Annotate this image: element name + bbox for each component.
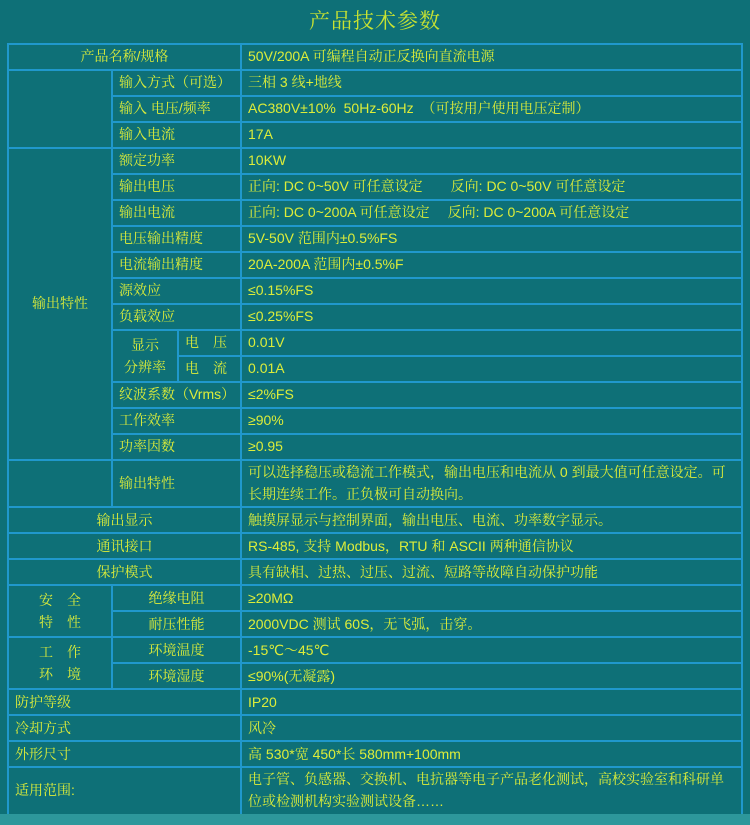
row-ripple: 纹波系数（Vrms） ≤2%FS [8,382,742,408]
row-power-factor: 功率因数 ≥0.95 [8,434,742,460]
cell-humidity-value: ≤90%(无凝露) [241,663,742,689]
cell-load-effect-label: 负载效应 [112,304,241,330]
cell-ip-rating-value: IP20 [241,689,742,715]
cell-insulation-label: 绝缘电阻 [112,585,241,611]
cell-source-effect-value: ≤0.15%FS [241,278,742,304]
row-voltage-accuracy: 电压输出精度 5V-50V 范围内±0.5%FS [8,226,742,252]
cell-resolution-voltage-label: 电 压 [178,330,241,356]
cell-output-display-label: 输出显示 [8,507,241,533]
cell-humidity-label: 环境湿度 [112,663,241,689]
row-output-display: 输出显示 触摸屏显示与控制界面，输出电压、电流、功率数字显示。 [8,507,742,533]
cell-temperature-value: -15℃～45℃ [241,637,742,663]
cell-output-display-value: 触摸屏显示与控制界面，输出电压、电流、功率数字显示。 [241,507,742,533]
workenv-group-line1: 工 作 [15,641,105,663]
cell-application-label: 适用范围: [8,767,241,814]
workenv-group-line2: 环 境 [15,663,105,685]
cell-output-character-group-empty [8,460,112,507]
cell-resolution-current-value: 0.01A [241,356,742,382]
bottom-strip [0,814,750,825]
row-comm-interface: 通讯接口 RS-485, 支持 Modbus，RTU 和 ASCII 两种通信协… [8,533,742,559]
row-ip-rating: 防护等级 IP20 [8,689,742,715]
cell-source-effect-label: 源效应 [112,278,241,304]
display-resolution-line1: 显示 [119,334,171,356]
row-temperature: 工 作 环 境 环境温度 -15℃～45℃ [8,637,742,663]
cell-rated-power-label: 额定功率 [112,148,241,174]
page: 产品技术参数 产品名称/规格 50V/200A 可编程自动正反换向直流电源 输入… [0,0,750,825]
cell-load-effect-value: ≤0.25%FS [241,304,742,330]
row-output-character: 输出特性 可以选择稳压或稳流工作模式，输出电压和电流从 0 到最大值可任意设定。… [8,460,742,507]
row-resolution-voltage: 显示 分辨率 电 压 0.01V [8,330,742,356]
row-product: 产品名称/规格 50V/200A 可编程自动正反换向直流电源 [8,44,742,70]
cell-input-current-value: 17A [241,122,742,148]
cell-product-label: 产品名称/规格 [8,44,241,70]
display-resolution-line2: 分辨率 [119,356,171,378]
cell-cooling-value: 风冷 [241,715,742,741]
cell-ip-rating-label: 防护等级 [8,689,241,715]
cell-current-accuracy-value: 20A-200A 范围内±0.5%F [241,252,742,278]
cell-output-voltage-value: 正向: DC 0~50V 可任意设定 反向: DC 0~50V 可任意设定 [241,174,742,200]
row-humidity: 环境湿度 ≤90%(无凝露) [8,663,742,689]
cell-ripple-value: ≤2%FS [241,382,742,408]
cell-dimensions-value: 高 530*宽 450*长 580mm+100mm [241,741,742,767]
page-title: 产品技术参数 [0,0,750,36]
cell-display-resolution-label: 显示 分辨率 [112,330,178,382]
row-source-effect: 源效应 ≤0.15%FS [8,278,742,304]
spec-table: 产品名称/规格 50V/200A 可编程自动正反换向直流电源 输入方式（可选） … [7,43,743,816]
row-dimensions: 外形尺寸 高 530*宽 450*长 580mm+100mm [8,741,742,767]
row-output-voltage: 输出电压 正向: DC 0~50V 可任意设定 反向: DC 0~50V 可任意… [8,174,742,200]
row-efficiency: 工作效率 ≥90% [8,408,742,434]
cell-product-value: 50V/200A 可编程自动正反换向直流电源 [241,44,742,70]
cell-output-character-label: 输出特性 [112,460,241,507]
cell-output-character-value: 可以选择稳压或稳流工作模式，输出电压和电流从 0 到最大值可任意设定。可长期连续… [241,460,742,507]
cell-comm-interface-label: 通讯接口 [8,533,241,559]
row-withstand: 耐压性能 2000VDC 测试 60S，无飞弧，击穿。 [8,611,742,637]
cell-input-current-label: 输入电流 [112,122,241,148]
cell-output-group-label: 输出特性 [8,148,112,460]
row-insulation: 安 全 特 性 绝缘电阻 ≥20MΩ [8,585,742,611]
cell-output-current-label: 输出电流 [112,200,241,226]
cell-input-voltage-value: AC380V±10% 50Hz-60Hz （可按用户使用电压定制） [241,96,742,122]
cell-input-voltage-label: 输入 电压/频率 [112,96,241,122]
row-application: 适用范围: 电子管、负感器、交换机、电抗器等电子产品老化测试，高校实验室和科研单… [8,767,742,814]
cell-application-value: 电子管、负感器、交换机、电抗器等电子产品老化测试，高校实验室和科研单位或检测机构… [241,767,742,814]
cell-protection-label: 保护模式 [8,559,241,585]
cell-resolution-current-label: 电 流 [178,356,241,382]
row-input-voltage: 输入 电压/频率 AC380V±10% 50Hz-60Hz （可按用户使用电压定… [8,96,742,122]
cell-power-factor-label: 功率因数 [112,434,241,460]
row-cooling: 冷却方式 风冷 [8,715,742,741]
row-input-mode: 输入方式（可选） 三相 3 线+地线 [8,70,742,96]
cell-output-current-value: 正向: DC 0~200A 可任意设定 反向: DC 0~200A 可任意设定 [241,200,742,226]
cell-workenv-group-label: 工 作 环 境 [8,637,112,689]
cell-efficiency-label: 工作效率 [112,408,241,434]
row-load-effect: 负载效应 ≤0.25%FS [8,304,742,330]
safety-group-line1: 安 全 [15,589,105,611]
cell-input-mode-label: 输入方式（可选） [112,70,241,96]
row-rated-power: 输出特性 额定功率 10KW [8,148,742,174]
cell-power-factor-value: ≥0.95 [241,434,742,460]
row-input-current: 输入电流 17A [8,122,742,148]
row-protection: 保护模式 具有缺相、过热、过压、过流、短路等故障自动保护功能 [8,559,742,585]
row-current-accuracy: 电流输出精度 20A-200A 范围内±0.5%F [8,252,742,278]
cell-efficiency-value: ≥90% [241,408,742,434]
row-output-current: 输出电流 正向: DC 0~200A 可任意设定 反向: DC 0~200A 可… [8,200,742,226]
cell-withstand-value: 2000VDC 测试 60S，无飞弧，击穿。 [241,611,742,637]
cell-safety-group-label: 安 全 特 性 [8,585,112,637]
cell-temperature-label: 环境温度 [112,637,241,663]
cell-dimensions-label: 外形尺寸 [8,741,241,767]
cell-rated-power-value: 10KW [241,148,742,174]
cell-resolution-voltage-value: 0.01V [241,330,742,356]
safety-group-line2: 特 性 [15,611,105,633]
cell-comm-interface-value: RS-485, 支持 Modbus，RTU 和 ASCII 两种通信协议 [241,533,742,559]
cell-protection-value: 具有缺相、过热、过压、过流、短路等故障自动保护功能 [241,559,742,585]
cell-withstand-label: 耐压性能 [112,611,241,637]
cell-ripple-label: 纹波系数（Vrms） [112,382,241,408]
cell-output-voltage-label: 输出电压 [112,174,241,200]
cell-input-mode-value: 三相 3 线+地线 [241,70,742,96]
cell-input-group-empty [8,70,112,148]
cell-current-accuracy-label: 电流输出精度 [112,252,241,278]
cell-voltage-accuracy-label: 电压输出精度 [112,226,241,252]
cell-insulation-value: ≥20MΩ [241,585,742,611]
cell-voltage-accuracy-value: 5V-50V 范围内±0.5%FS [241,226,742,252]
cell-cooling-label: 冷却方式 [8,715,241,741]
